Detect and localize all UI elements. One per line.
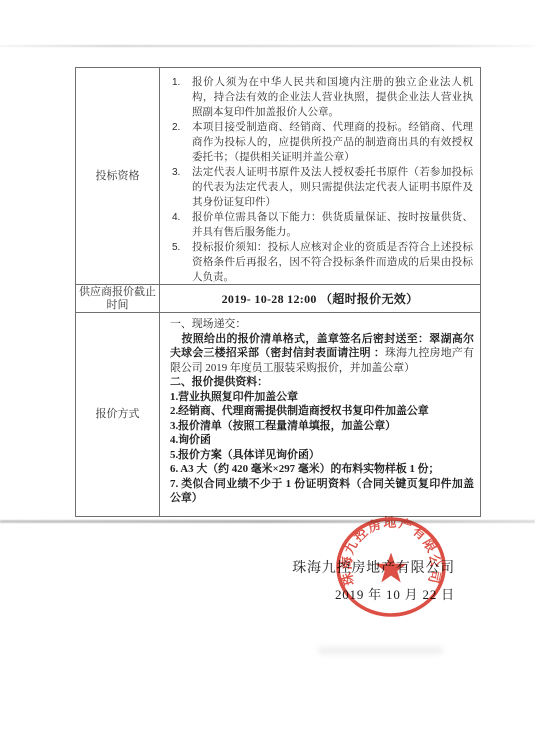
scan-smudge-artifact [318, 646, 443, 655]
tender-info-table: 投标资格 1.报价人须为在中华人民共和国境内注册的独立企业法人机构，持合法有效的… [75, 67, 481, 517]
bid-qualification-label: 投标资格 [96, 170, 140, 183]
qualification-item: 1.报价人须为在中华人民共和国境内注册的独立企业法人机构，持合法有效的企业法人营… [172, 75, 473, 120]
row-label-bid-qualification: 投标资格 [76, 68, 160, 285]
quote-method-line: 二、报价提供资料： [170, 375, 474, 390]
bid-qualification-content: 1.报价人须为在中华人民共和国境内注册的独立企业法人机构，持合法有效的企业法人营… [160, 68, 480, 285]
quote-method-line: 一、现场递交： [170, 317, 474, 332]
quote-method-line: 7. 类似合同业绩不少于 1 份证明资料（合同关键页复印件加盖公章） [170, 477, 474, 506]
quote-deadline-value-cell: 2019- 10-28 12:00 （超时报价无效） [160, 285, 480, 313]
quote-method-line: 3.报价清单（按照工程量清单填报，加盖公章） [170, 419, 474, 434]
scan-streak-artifact [0, 45, 535, 47]
quote-deadline-label: 供应商报价截止 时间 [79, 286, 156, 312]
quote-method-content: 一、现场递交：按照给出的报价清单格式，盖章签名后密封送至：翠湖高尔夫球会三楼招采… [160, 313, 480, 516]
scanned-document-page: 投标资格 1.报价人须为在中华人民共和国境内注册的独立企业法人机构，持合法有效的… [0, 0, 535, 756]
row-label-quote-method: 报价方式 [76, 313, 160, 516]
quote-method-line: 按照给出的报价清单格式，盖章签名后密封送至：翠湖高尔夫球会三楼招采部（密封信封表… [170, 332, 474, 376]
scan-shadow-artifact [0, 520, 535, 523]
quote-method-label: 报价方式 [96, 408, 140, 421]
qualification-item: 5.投标报价须知：投标人应核对企业的资质是否符合上述投标资格条件后再报名，因不符… [172, 240, 473, 285]
signature-date: 2019 年 10 月 22 日 [335, 584, 455, 603]
qualification-item: 3.法定代表人证明书原件及法人授权委托书原件（若参加投标的代表为法定代表人，则只… [172, 165, 473, 210]
quote-method-line: 1.营业执照复印件加盖公章 [170, 390, 474, 405]
quote-deadline-value: 2019- 10-28 12:00 （超时报价无效） [222, 290, 419, 307]
row-label-quote-deadline: 供应商报价截止 时间 [76, 285, 160, 313]
qualification-item: 4.报价单位需具备以下能力：供货质量保证、按时按量供货、并具有售后服务能力。 [172, 210, 473, 240]
quote-method-line: 5.报价方案（具体详见询价函） [170, 448, 474, 463]
quote-method-line: 4.询价函 [170, 433, 474, 448]
quote-method-line: 2.经销商、代理商需提供制造商授权书复印件加盖公章 [170, 404, 474, 419]
signature-company-name: 珠海九控房地产有限公司 [292, 557, 455, 577]
qualification-item: 2.本项目接受制造商、经销商、代理商的投标。经销商、代理商作为投标人的，应提供所… [172, 120, 473, 165]
quote-method-line: 6. A3 大（约 420 毫米×297 毫米）的布料实物样板 1 份； [170, 462, 474, 477]
